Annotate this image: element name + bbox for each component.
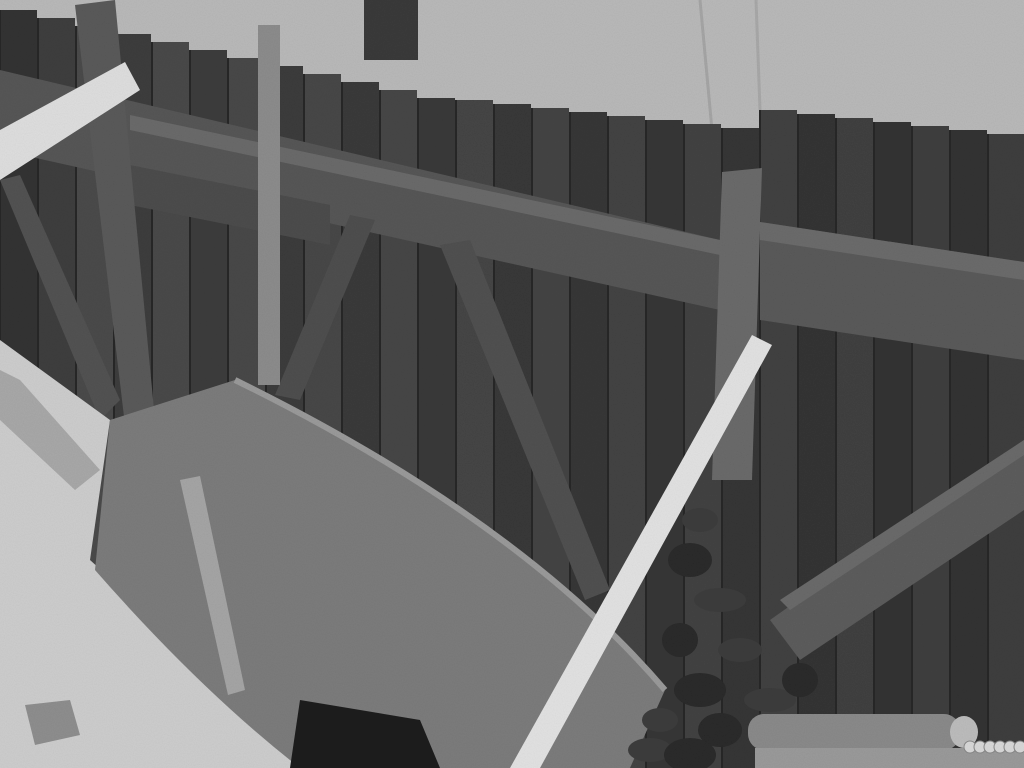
wall-dark-post bbox=[364, 0, 418, 60]
photo-scene: Weathered wooden plank fence with horizo… bbox=[0, 0, 1024, 768]
fence-photograph bbox=[0, 0, 1024, 768]
pale-plank-stripe bbox=[258, 25, 280, 385]
log-upper bbox=[748, 714, 960, 750]
